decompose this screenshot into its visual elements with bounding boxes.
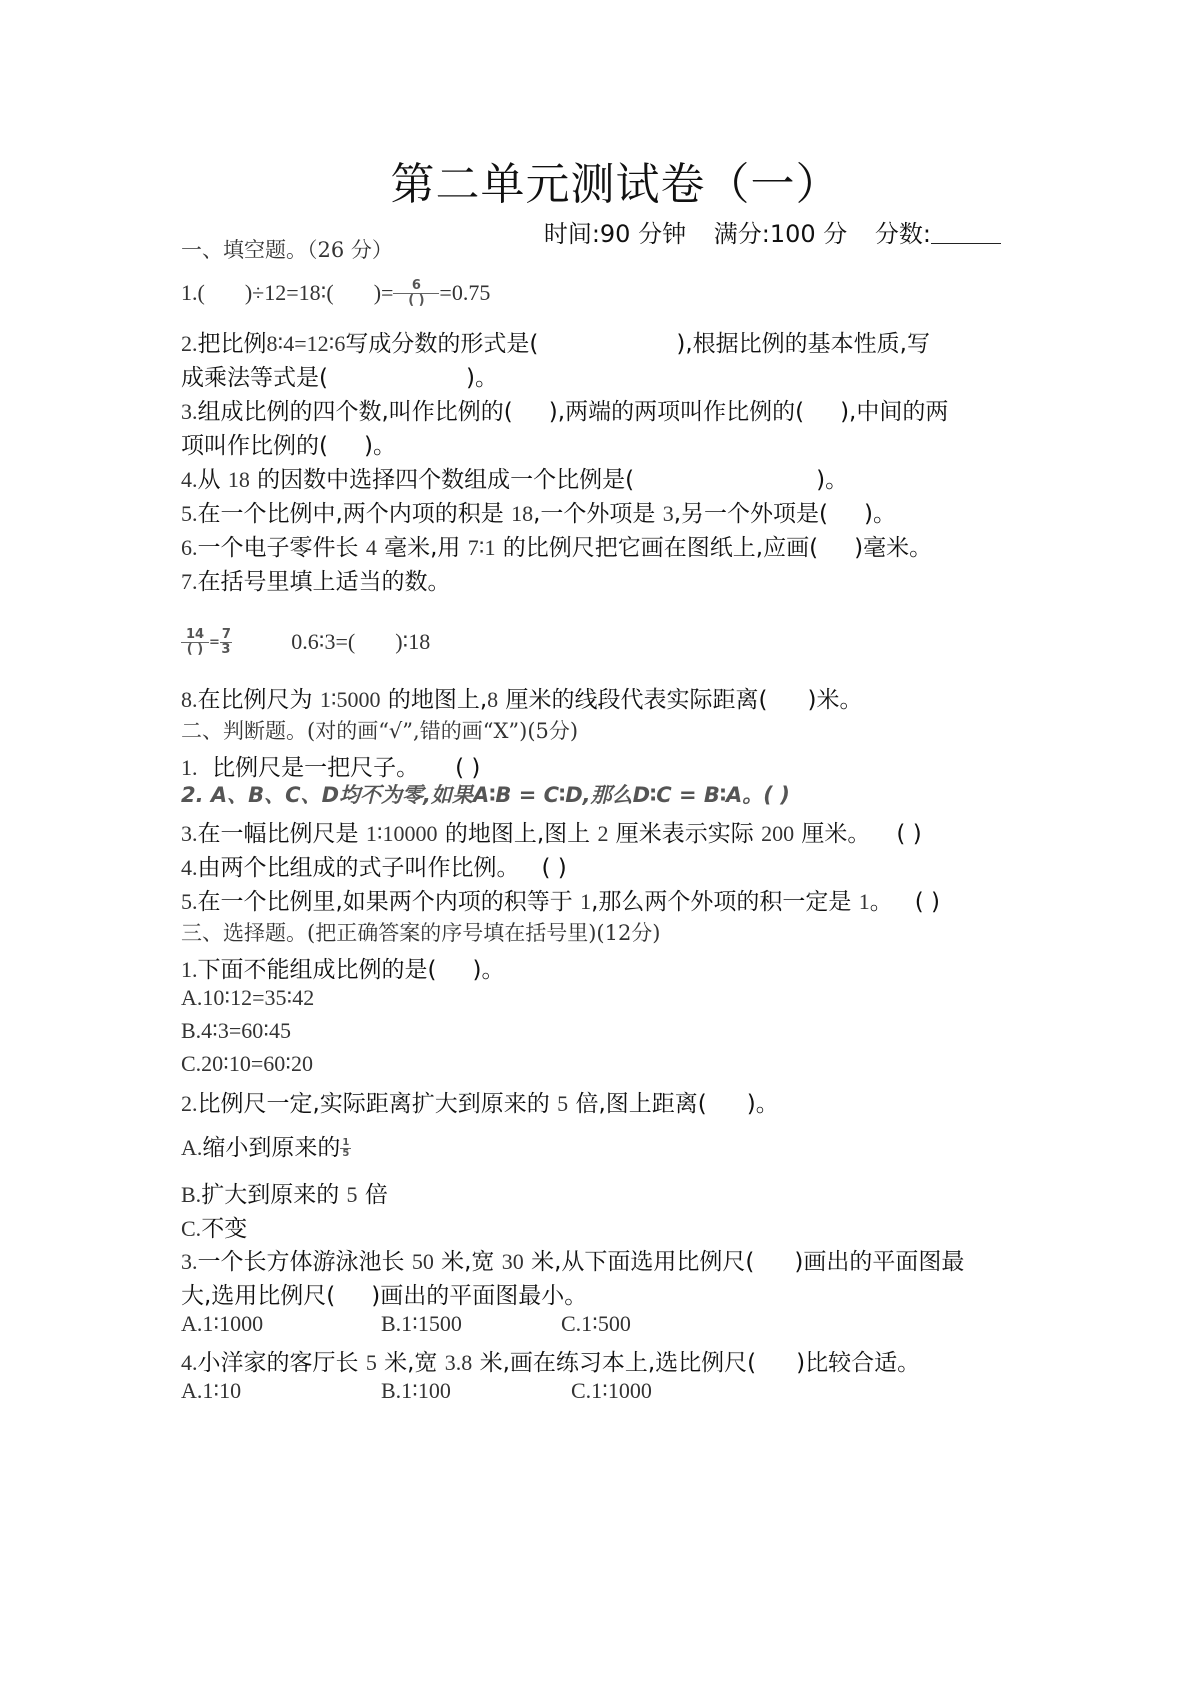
q8-text: )米。 [807,687,862,713]
s2-q3-text: 厘米。 [801,821,870,847]
q5-text: )。 [864,501,896,527]
s1-q6: 6.一个电子零件长 4 毫米,用 7∶1 的比例尺把它画在图纸上,应画()毫米。 [181,529,932,562]
s3-q2-text: 倍,图上距离( [575,1091,706,1117]
s2-q3-number: 200 [761,821,794,846]
s3-q2-number: 5 [557,1091,568,1116]
q2-text: 写成分数的形式是( [345,331,538,357]
s3-q4-options: A.1∶10B.1∶100C.1∶1000 [181,1378,652,1404]
s3-q3-text: )画出的平面图最 [794,1249,964,1275]
s2-q4: 4.由两个比组成的式子叫作比例。( ) [181,849,567,882]
q2-text: )。 [466,365,498,391]
section1-heading: 一、填空题。（26 分） [181,234,393,264]
s3-q4-text: 米,宽 [384,1350,437,1376]
q6-ratio: 7∶1 [468,535,496,560]
option-text: 不变 [201,1216,247,1242]
q3-num: 3. [181,399,198,424]
s2-q3-num: 3. [181,821,198,846]
s3-q3-option-b[interactable]: B.1∶1500 [381,1311,561,1337]
s3-q1-option-a[interactable]: A.10∶12=35∶42 [181,985,314,1011]
s1-q3-line2: 项叫作比例的()。 [181,427,396,460]
section2-heading: 二、判断题。(对的画“√”,错的画“X”)(5分) [181,715,578,745]
s1-q1: 1.()÷12=18∶()=6( )=0.75 [181,279,490,308]
q3-text: ),两端的两项叫作比例的( [549,399,804,425]
exam-title: 第二单元测试卷（一） [0,148,1191,212]
s2-q3-ratio: 1∶10000 [366,821,438,846]
s2-q3-text: 厘米表示实际 [616,821,754,847]
q8-number: 8 [487,687,498,712]
q5-num: 5. [181,501,198,526]
q8-num: 8. [181,687,198,712]
q8-text: 的地图上, [388,687,487,713]
q4-num: 4. [181,467,198,492]
q1-suffix: =0.75 [439,280,490,305]
q3-text: )。 [364,433,396,459]
q3-text: 项叫作比例的( [181,433,328,459]
s2-q5: 5.在一个比例里,如果两个内项的积等于 1,那么两个外项的积一定是 1。( ) [181,883,940,916]
s2-q3: 3.在一幅比例尺是 1∶10000 的地图上,图上 2 厘米表示实际 200 厘… [181,815,922,848]
s3-q4-text: 米,画在练习本上,选比例尺( [480,1350,757,1376]
q7-expr: 0.6∶3=( [291,629,355,654]
s3-q3-num: 3. [181,1249,198,1274]
s1-q5: 5.在一个比例中,两个内项的积是 18,一个外项是 3,另一个外项是()。 [181,495,896,528]
option-number: 5 [347,1182,358,1207]
s2-q5-text: ,那么两个外项的积一定是 [591,889,851,915]
s1-q2-line2: 成乘法等式是()。 [181,359,498,392]
q6-text: 毫米,用 [384,535,460,561]
s2-q5-num: 5. [181,889,198,914]
s3-q3-text: 大,选用比例尺( [181,1283,335,1309]
q5-text: 在一个比例中,两个内项的积是 [198,501,504,527]
s3-q4: 4.小洋家的客厅长 5 米,宽 3.8 米,画在练习本上,选比例尺()比较合适。 [181,1344,920,1377]
s3-q1-option-c[interactable]: C.20∶10=60∶20 [181,1051,313,1077]
q1-mid1: )÷12=18∶( [245,280,334,305]
s3-q2-text: )。 [747,1091,779,1117]
s1-q3-line1: 3.组成比例的四个数,叫作比例的(),两端的两项叫作比例的(),中间的两 [181,393,948,426]
q7-num: 7. [181,569,198,594]
s2-q4-text: 由两个比组成的式子叫作比例。 [198,855,520,881]
s3-q4-text: 小洋家的客厅长 [198,1350,359,1376]
q1-prefix: 1.( [181,280,205,305]
s2-q4-num: 4. [181,855,198,880]
q4-text: 从 [198,467,221,493]
q7-fraction-2: 73 [220,628,232,657]
s2-q5-text: 在一个比例里,如果两个内项的积等于 [198,889,573,915]
s2-q3-text: 在一幅比例尺是 [198,821,359,847]
s3-q4-number: 3.8 [445,1350,473,1375]
s3-q3-number: 50 [412,1249,434,1274]
s3-q3-line1: 3.一个长方体游泳池长 50 米,宽 30 米,从下面选用比例尺()画出的平面图… [181,1243,964,1276]
option-fraction: 15 [340,1138,351,1159]
s2-q1-text: 比例尺是一把尺子。 [212,755,419,781]
s3-q4-option-c[interactable]: C.1∶1000 [571,1378,652,1403]
s3-q1: 1.下面不能组成比例的是()。 [181,951,504,984]
s3-q4-number: 5 [366,1350,377,1375]
full-score: 满分:100 分 [714,220,848,248]
time-limit: 时间:90 分钟 [544,220,686,248]
option-text: 扩大到原来的 [201,1182,339,1208]
s2-q5-number: 1 [580,889,591,914]
s3-q4-option-b[interactable]: B.1∶100 [381,1378,571,1404]
exam-meta: 时间:90 分钟 满分:100 分 分数: [524,214,1001,249]
s3-q1-num: 1. [181,957,198,982]
answer-blank[interactable]: ( ) [915,889,940,915]
answer-blank[interactable]: ( ) [542,855,567,881]
q7-expr: )∶18 [395,629,430,654]
answer-blank[interactable]: ( ) [455,755,480,781]
s3-q1-text: 下面不能组成比例的是( [198,957,437,983]
q2-text: ),根据比例的基本性质,写 [676,331,930,357]
q5-number: 3 [663,501,674,526]
q5-text: ,一个外项是 [533,501,655,527]
s2-q5-number: 1 [859,889,870,914]
s2-q2: 2. A、B、C、D均不为零,如果A∶B = C∶D,那么D∶C = B∶A。(… [181,779,790,809]
q1-mid2: )= [374,280,394,305]
s3-q3-number: 30 [502,1249,524,1274]
q8-text: 厘米的线段代表实际距离( [505,687,767,713]
s2-q3-number: 2 [597,821,608,846]
q3-text: 组成比例的四个数,叫作比例的( [198,399,513,425]
q4-number: 18 [228,467,250,492]
q6-text: 一个电子零件长 [198,535,359,561]
s3-q2: 2.比例尺一定,实际距离扩大到原来的 5 倍,图上距离()。 [181,1085,779,1118]
q2-num: 2. [181,331,198,356]
s3-q2-option-b[interactable]: B.扩大到原来的 5 倍 [181,1176,388,1209]
s2-q5-text: 。 [870,889,893,915]
q8-ratio: 1∶5000 [320,687,381,712]
q7-text: 在括号里填上适当的数。 [198,569,451,595]
s3-q3-options: A.1∶1000B.1∶1500C.1∶500 [181,1311,631,1337]
s3-q1-text: )。 [472,957,504,983]
s1-q8: 8.在比例尺为 1∶5000 的地图上,8 厘米的线段代表实际距离()米。 [181,681,862,714]
q4-text: )。 [816,467,848,493]
q6-text: 的比例尺把它画在图纸上,应画( [503,535,818,561]
q3-text: ),中间的两 [840,399,948,425]
s3-q3-text: )画出的平面图最小。 [371,1283,587,1309]
section3-heading: 三、选择题。(把正确答案的序号填在括号里)(12分) [181,917,661,947]
s1-q4: 4.从 18 的因数中选择四个数组成一个比例是()。 [181,461,848,494]
option-text: 倍 [365,1182,388,1208]
answer-blank[interactable]: ( ) [896,821,921,847]
s3-q4-num: 4. [181,1350,198,1375]
s2-q3-text: 的地图上,图上 [445,821,590,847]
s1-q7: 7.在括号里填上适当的数。 [181,563,451,596]
q4-text: 的因数中选择四个数组成一个比例是( [257,467,634,493]
s3-q1-option-b[interactable]: B.4∶3=60∶45 [181,1018,291,1044]
s3-q3-text: 米,宽 [441,1249,494,1275]
s3-q3-line2: 大,选用比例尺()画出的平面图最小。 [181,1277,587,1310]
q7-equals: = [209,636,220,650]
s3-q2-text: 比例尺一定,实际距离扩大到原来的 [198,1091,550,1117]
q6-num: 6. [181,535,198,560]
q6-text: )毫米。 [854,535,932,561]
q2-text: 把比例 [198,331,267,357]
s2-q1-num: 1. [181,755,198,780]
option-text: 缩小到原来的 [202,1135,340,1161]
s3-q2-option-a[interactable]: A.缩小到原来的15 [181,1129,351,1162]
score-blank[interactable] [931,221,1001,244]
q6-number: 4 [366,535,377,560]
q8-text: 在比例尺为 [198,687,313,713]
s3-q3-option-a[interactable]: A.1∶1000 [181,1311,381,1337]
s3-q3-option-c[interactable]: C.1∶500 [561,1311,631,1336]
s3-q3-text: 一个长方体游泳池长 [198,1249,405,1275]
option-label: B. [181,1182,201,1207]
q1-fraction: 6( ) [393,279,439,308]
q5-number: 18 [511,501,533,526]
q2-text: 成乘法等式是( [181,365,328,391]
s1-q2-line1: 2.把比例8∶4=12∶6写成分数的形式是(),根据比例的基本性质,写 [181,325,930,358]
option-label: A. [181,1135,202,1160]
option-label: C. [181,1216,201,1241]
q5-text: ,另一个外项是( [674,501,828,527]
s1-q7-sub: 14( )=73 0.6∶3=()∶18 [181,628,430,657]
s3-q4-option-a[interactable]: A.1∶10 [181,1378,381,1404]
s3-q2-num: 2. [181,1091,198,1116]
score-label: 分数: [875,220,931,248]
s3-q4-text: )比较合适。 [796,1350,920,1376]
s3-q3-text: 米,从下面选用比例尺( [531,1249,754,1275]
s2-q1: 1. 比例尺是一把尺子。( ) [181,749,480,782]
q7-fraction-1: 14( ) [181,628,209,657]
q2-ratio: 8∶4=12∶6 [267,331,346,356]
s3-q2-option-c[interactable]: C.不变 [181,1210,247,1243]
